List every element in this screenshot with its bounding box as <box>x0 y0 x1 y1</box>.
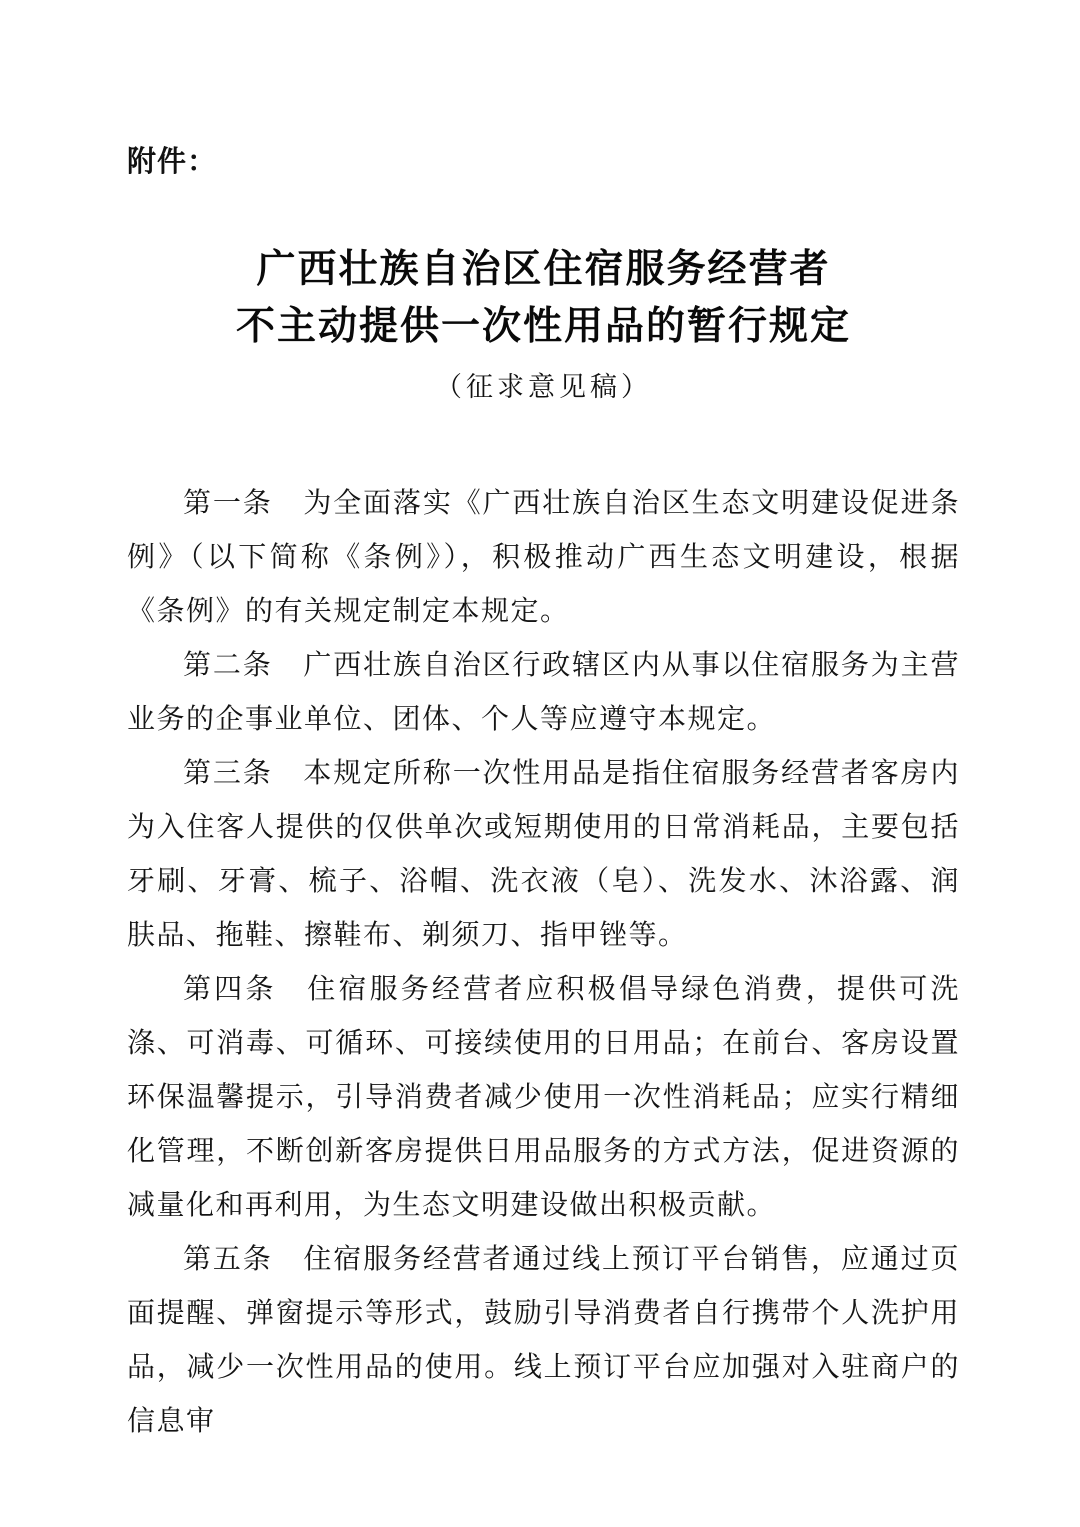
article-4-heading: 第四条 <box>183 974 276 1005</box>
article-paragraph-4: 第四条住宿服务经营者应积极倡导绿色消费，提供可洗涤、可消毒、可循环、可接续使用的… <box>127 963 960 1233</box>
article-paragraph-2: 第二条广西壮族自治区行政辖区内从事以住宿服务为主营业务的企事业单位、团体、个人等… <box>127 639 960 747</box>
article-3-heading: 第三条 <box>183 758 273 789</box>
article-paragraph-1: 第一条为全面落实《广西壮族自治区生态文明建设促进条例》（以下简称《条例》），积极… <box>127 477 960 639</box>
document-page: 附件： 广西壮族自治区住宿服务经营者 不主动提供一次性用品的暂行规定 （征求意见… <box>0 0 1080 1527</box>
document-body: 第一条为全面落实《广西壮族自治区生态文明建设促进条例》（以下简称《条例》），积极… <box>127 477 960 1449</box>
document-title-line-2: 不主动提供一次性用品的暂行规定 <box>127 298 960 355</box>
article-2-heading: 第二条 <box>183 650 273 681</box>
attachment-label: 附件： <box>127 143 960 181</box>
document-title: 广西壮族自治区住宿服务经营者 不主动提供一次性用品的暂行规定 <box>127 241 960 355</box>
article-4-text: 住宿服务经营者应积极倡导绿色消费，提供可洗涤、可消毒、可循环、可接续使用的日用品… <box>127 974 960 1221</box>
document-content: 附件： 广西壮族自治区住宿服务经营者 不主动提供一次性用品的暂行规定 （征求意见… <box>0 0 1080 1449</box>
document-subtitle: （征求意见稿） <box>127 367 960 407</box>
article-1-heading: 第一条 <box>183 488 273 519</box>
document-title-line-1: 广西壮族自治区住宿服务经营者 <box>127 241 960 298</box>
article-paragraph-3: 第三条本规定所称一次性用品是指住宿服务经营者客房内为入住客人提供的仅供单次或短期… <box>127 747 960 963</box>
article-paragraph-5: 第五条住宿服务经营者通过线上预订平台销售，应通过页面提醒、弹窗提示等形式，鼓励引… <box>127 1233 960 1449</box>
article-5-heading: 第五条 <box>183 1244 273 1275</box>
